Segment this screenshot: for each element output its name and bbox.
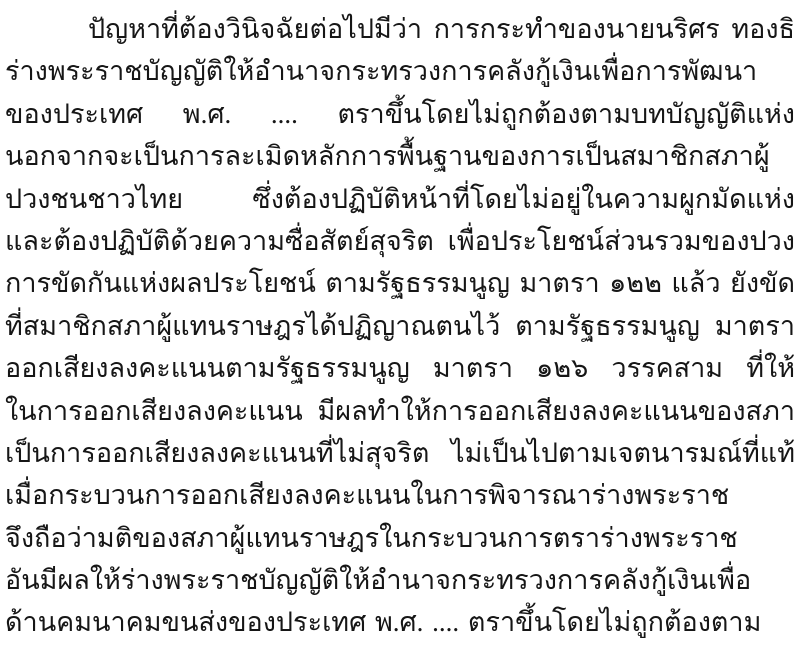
text-line: เป็นการออกเสียงลงคะแนนที่ไม่สุจริต ไม่เป… [5, 432, 795, 474]
text-line: ที่สมาชิกสภาผู้แทนราษฎรได้ปฏิญาณตนไว้ ตา… [5, 305, 795, 347]
text-line: การขัดกันแห่งผลประโยชน์ ตามรัฐธรรมนูญ มา… [5, 262, 795, 304]
text-line: ออกเสียงลงคะแนนตามรัฐธรรมนูญ มาตรา ๑๒๖ ว… [5, 347, 795, 389]
text-line: เมื่อกระบวนการออกเสียงลงคะแนนในการพิจารณ… [5, 474, 795, 516]
text-line: ปัญหาที่ต้องวินิจฉัยต่อไปมีว่า การกระทำข… [5, 8, 795, 50]
text-line: และต้องปฏิบัติด้วยความซื่อสัตย์สุจริต เพ… [5, 220, 795, 262]
text-line: ร่างพระราชบัญญัติให้อำนาจกระทรวงการคลังก… [5, 50, 795, 92]
text-line: จึงถือว่ามติของสภาผู้แทนราษฎรในกระบวนการ… [5, 517, 795, 559]
paragraph: ปัญหาที่ต้องวินิจฉัยต่อไปมีว่า การกระทำข… [5, 8, 795, 644]
text-line: ของประเทศ พ.ศ. .... ตราขึ้นโดยไม่ถูกต้อง… [5, 93, 795, 135]
text-line: อันมีผลให้ร่างพระราชบัญญัติให้อำนาจกระทร… [5, 559, 795, 601]
text-line: นอกจากจะเป็นการละเมิดหลักการพื้นฐานของกา… [5, 135, 795, 177]
text-line: ในการออกเสียงลงคะแนน มีผลทำให้การออกเสีย… [5, 390, 795, 432]
text-line: ด้านคมนาคมขนส่งของประเทศ พ.ศ. .... ตราขึ… [5, 601, 795, 643]
text-line: ปวงชนชาวไทย ซึ่งต้องปฏิบัติหน้าที่โดยไม่… [5, 178, 795, 220]
document-page: ปัญหาที่ต้องวินิจฉัยต่อไปมีว่า การกระทำข… [0, 0, 800, 645]
